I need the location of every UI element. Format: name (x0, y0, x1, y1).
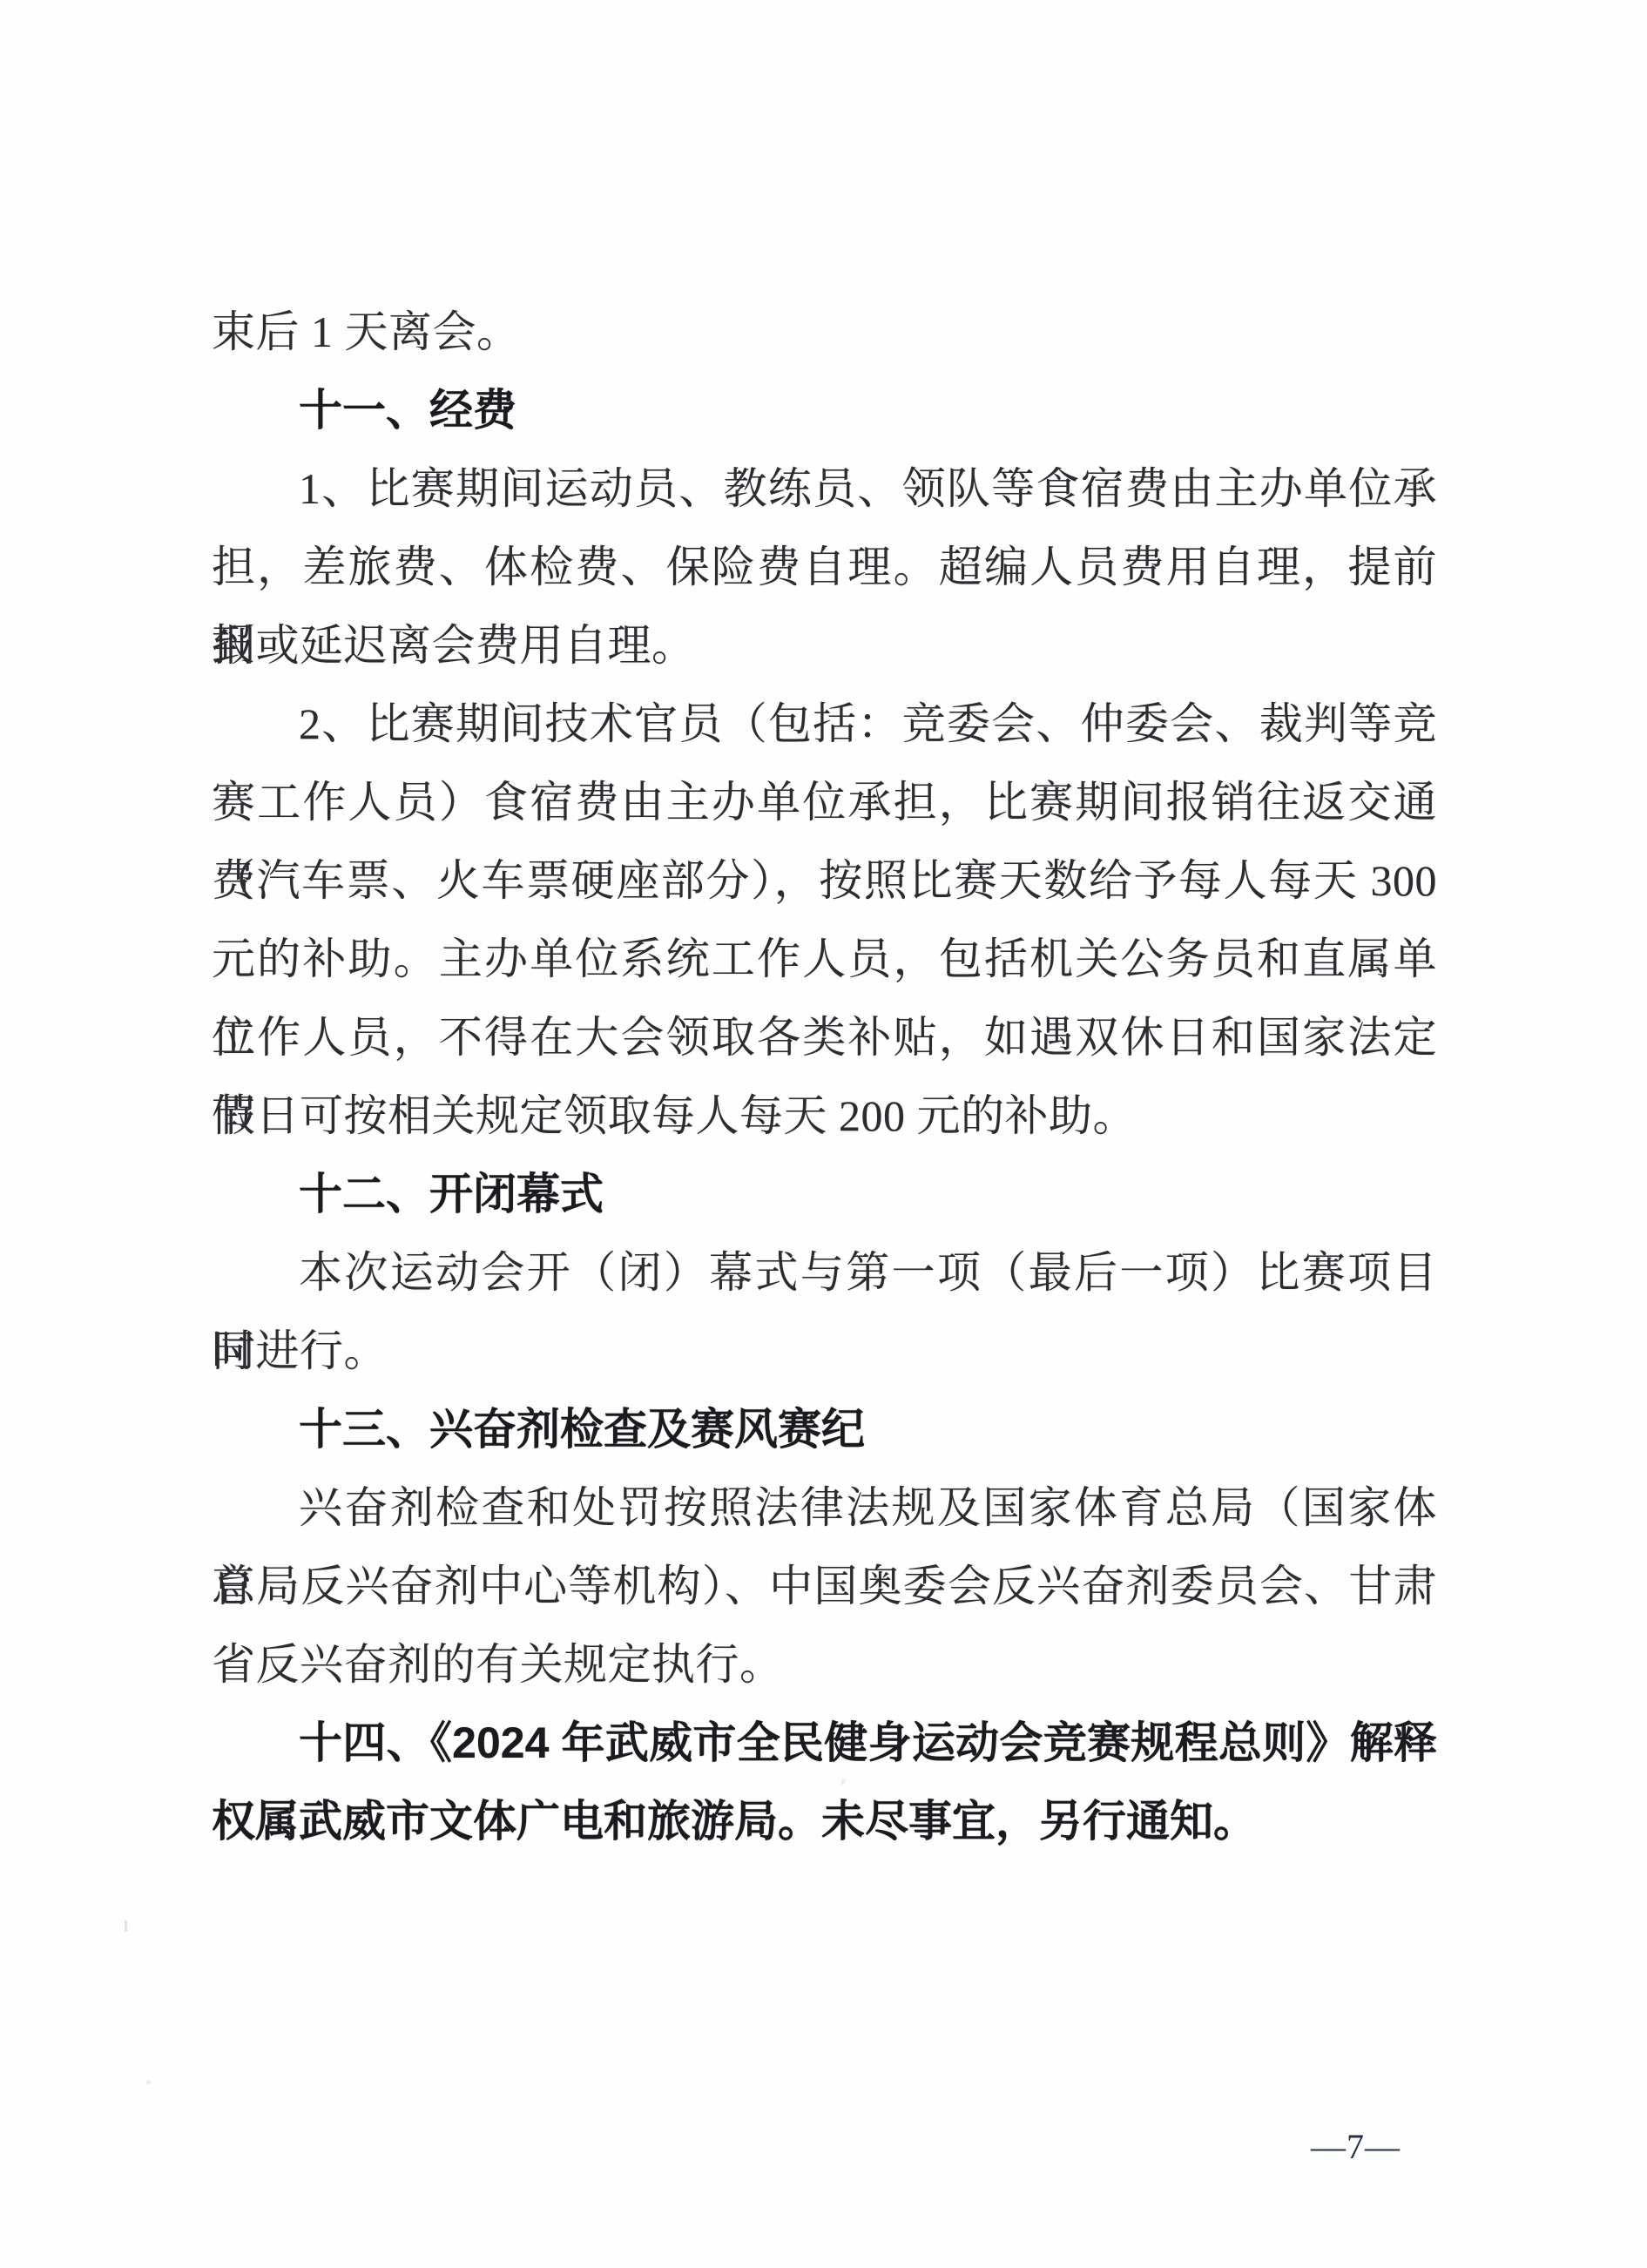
text-line: 十四、《2024 年武威市全民健身运动会竞赛规程总则》解释 (212, 1704, 1437, 1782)
scan-speck (125, 1920, 127, 1932)
text-line: 时进行。 (212, 1312, 1437, 1390)
text-line: 总局反兴奋剂中心等机构）、中国奥委会反兴奋剂委员会、甘肃 (212, 1547, 1437, 1625)
text-line: 兴奋剂检查和处罚按照法律法规及国家体育总局（国家体育 (212, 1468, 1437, 1547)
text-line: 2、比赛期间技术官员（包括：竞委会、仲委会、裁判等竞 (212, 685, 1437, 763)
text-line: 假日可按相关规定领取每人每天 200 元的补助。 (212, 1077, 1437, 1155)
section-heading: 十一、经费 (212, 371, 1437, 449)
document-body: 束后 1 天离会。 十一、经费 1、比赛期间运动员、教练员、领队等食宿费由主办单… (212, 293, 1437, 1860)
text-line: 担，差旅费、体检费、保险费自理。超编人员费用自理，提前报 (212, 528, 1437, 606)
text-line: 赛工作人员）食宿费由主办单位承担，比赛期间报销往返交通费 (212, 763, 1437, 841)
text-line: 元的补助。主办单位系统工作人员，包括机关公务员和直属单位 (212, 920, 1437, 998)
scan-speck (146, 2080, 151, 2084)
text-line: 工作人员，不得在大会领取各类补贴，如遇双休日和国家法定节 (212, 998, 1437, 1077)
text-line: 权属武威市文体广电和旅游局。未尽事宜，另行通知。 (212, 1782, 1437, 1860)
section-heading: 十二、开闭幕式 (212, 1155, 1437, 1233)
text-line: 到或延迟离会费用自理。 (212, 606, 1437, 685)
section-heading: 十三、兴奋剂检查及赛风赛纪 (212, 1390, 1437, 1468)
text-line: 1、比赛期间运动员、教练员、领队等食宿费由主办单位承 (212, 449, 1437, 528)
page-number: —7— (1311, 2125, 1420, 2169)
text-line: 省反兴奋剂的有关规定执行。 (212, 1625, 1437, 1704)
document-page: 束后 1 天离会。 十一、经费 1、比赛期间运动员、教练员、领队等食宿费由主办单… (0, 0, 1647, 2268)
text-line: 束后 1 天离会。 (212, 293, 1437, 371)
text-line: （汽车票、火车票硬座部分），按照比赛天数给予每人每天 300 (212, 841, 1437, 920)
text-line: 本次运动会开（闭）幕式与第一项（最后一项）比赛项目同 (212, 1233, 1437, 1312)
